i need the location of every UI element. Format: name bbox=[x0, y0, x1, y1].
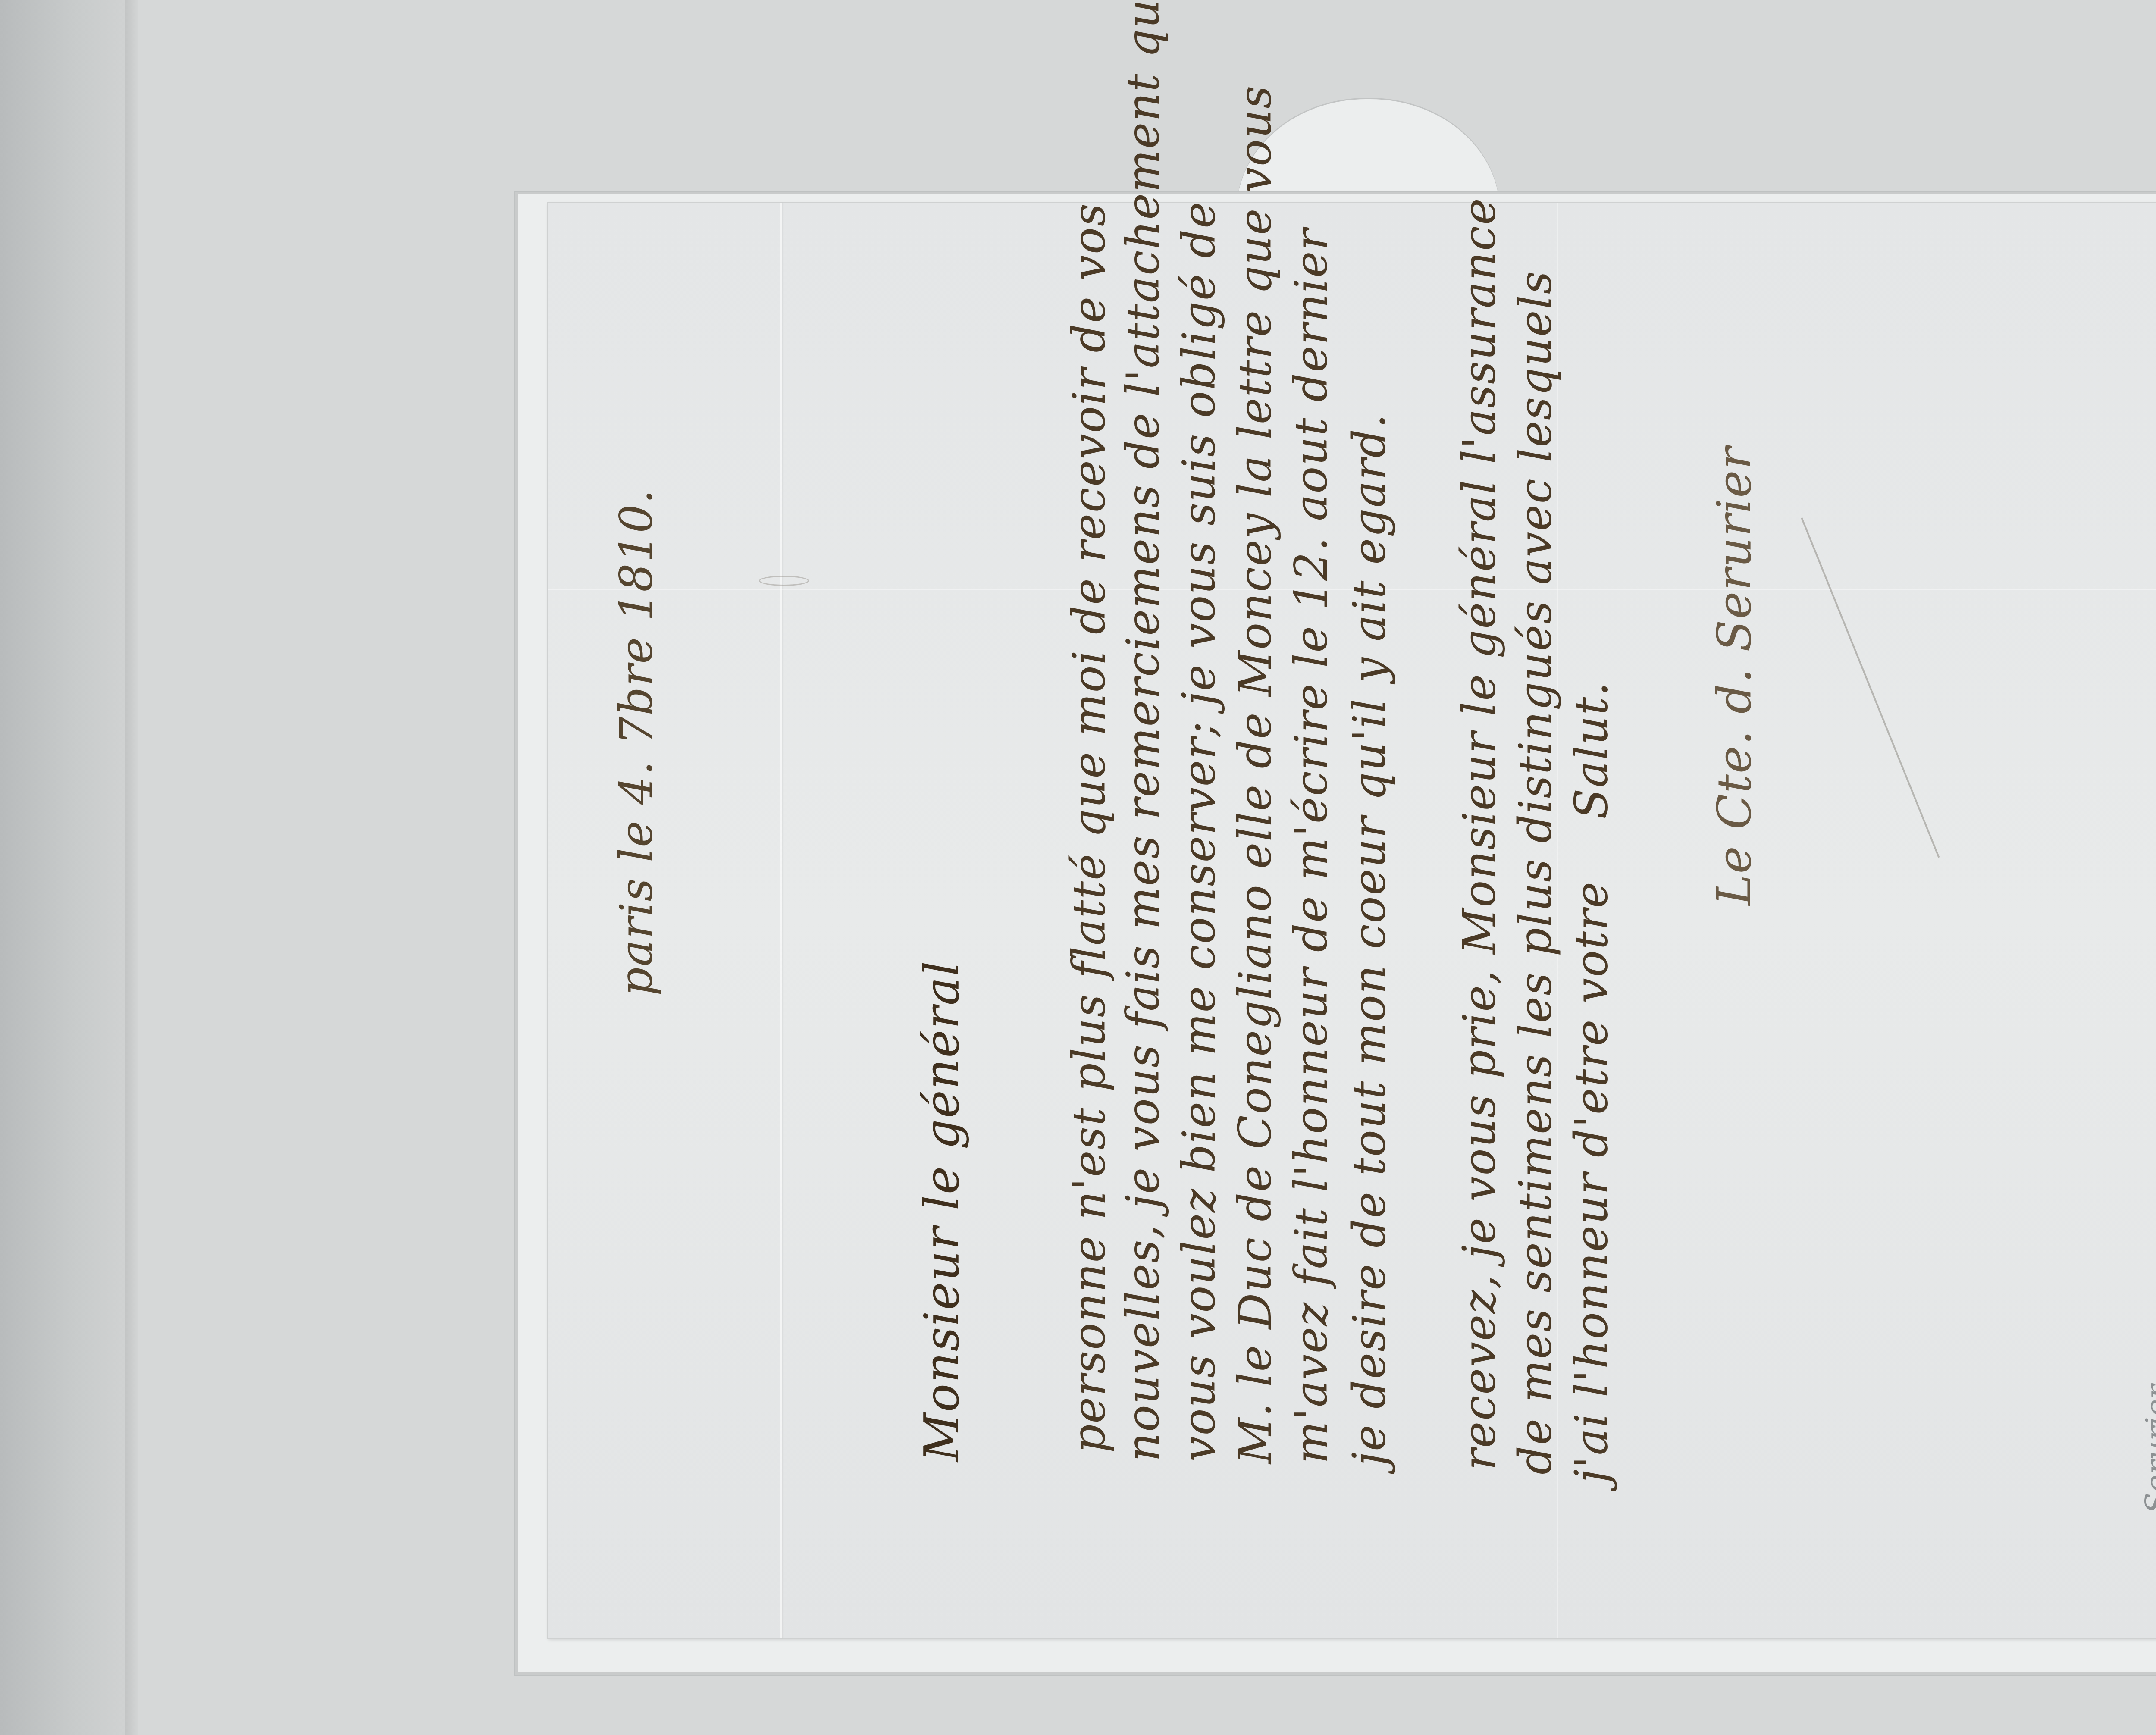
pencil-annotation: Serurier bbox=[2139, 1384, 2156, 1513]
letter-salutation: Monsieur le général bbox=[914, 960, 969, 1462]
letter-body-line: vous voulez bien me conserver; je vous s… bbox=[1173, 201, 1225, 1462]
fold-wear-mark bbox=[759, 576, 809, 586]
album-page-edge bbox=[0, 0, 125, 1735]
letter-body-line: de mes sentimens les plus distingués ave… bbox=[1509, 270, 1562, 1475]
letter-body-line: Salut. bbox=[1565, 681, 1618, 819]
letter-date: paris le 4. 7bre 1810. bbox=[610, 489, 663, 996]
album-spine-shadow bbox=[125, 0, 138, 1735]
letter-body-line: recevez, je vous prie, Monsieur le génér… bbox=[1453, 197, 1506, 1470]
fold-crease bbox=[780, 203, 782, 1638]
letter-signature: Le Cte. d. Serurier bbox=[1708, 446, 1761, 905]
letter-body-line: m'avez fait l'honneur de m'écrire le 12.… bbox=[1285, 228, 1338, 1464]
letter-body-line: je desire de tout mon coeur qu'il y ait … bbox=[1343, 413, 1396, 1466]
letter-body-line: M. le Duc de Conegliano elle de Moncey l… bbox=[1229, 85, 1282, 1464]
letter-body-line: nouvelles, je vous fais mes remerciemens… bbox=[1117, 0, 1169, 1462]
letter-body-line: j'ai l'honneur d'etre votre bbox=[1565, 881, 1618, 1483]
letter-body-line: personne n'est plus flatté que moi de re… bbox=[1063, 203, 1116, 1453]
